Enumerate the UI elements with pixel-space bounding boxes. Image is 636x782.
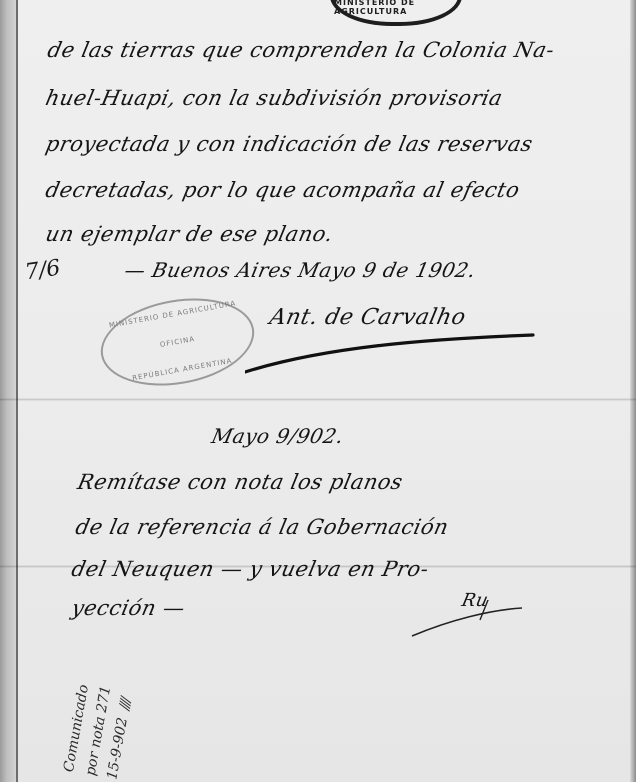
signature-flourish-icon: [245, 327, 535, 377]
letter-line-4: decretadas, por lo que acompaña al efect…: [43, 178, 522, 202]
place-date-line: — Buenos Aires Mayo 9 de 1902.: [122, 258, 478, 282]
page-right-edge: [630, 0, 636, 782]
endorsement-line-3-suffix: Pro-: [380, 557, 431, 581]
fold-crease: [0, 398, 636, 401]
letter-line-3: proyectada y con indicación de las reser…: [43, 132, 535, 156]
letter-line-2: huel-Huapi, con la subdivisión provisori…: [43, 86, 505, 110]
endorsement-line-4: yección —: [69, 596, 187, 620]
binding-shadow: [0, 0, 16, 782]
binding-edge-line: [16, 0, 18, 782]
oval-stamp-middle-text: OFICINA: [159, 335, 195, 349]
endorsement-line-3-text: del Neuquen — y vuelva en: [69, 557, 385, 581]
oval-stamp-top-text: MINISTERIO DE AGRICULTURA: [108, 299, 236, 329]
initials-flourish-icon: [410, 600, 530, 640]
endorsement-line-3: del Neuquen — y vuelva en Pro-: [69, 557, 431, 581]
endorsement-line-2: de la referencia á la Gobernación: [73, 515, 451, 539]
margin-note-initials: ////: [114, 697, 138, 712]
letter-line-5: un ejemplar de ese plano.: [43, 222, 335, 246]
ministry-stamp-top: MINISTERIO DE AGRICULTURA: [330, 0, 462, 26]
endorsement-date: Mayo 9/902.: [209, 424, 346, 448]
letter-line-1: de las tierras que comprenden la Colonia…: [45, 38, 556, 62]
endorsement-line-1: Remítase con nota los planos: [75, 470, 405, 494]
margin-fraction-mark: 7/6: [23, 256, 62, 286]
oval-office-stamp: MINISTERIO DE AGRICULTURA OFICINA REPÚBL…: [94, 287, 261, 397]
oval-stamp-bottom-text: REPÚBLICA ARGENTINA: [132, 357, 233, 382]
stamp-text: MINISTERIO DE AGRICULTURA: [334, 0, 458, 16]
document-page: MINISTERIO DE AGRICULTURA de las tierras…: [0, 0, 636, 782]
rotated-margin-note: Comunicado por nota 271 15-9-902////: [58, 680, 139, 781]
